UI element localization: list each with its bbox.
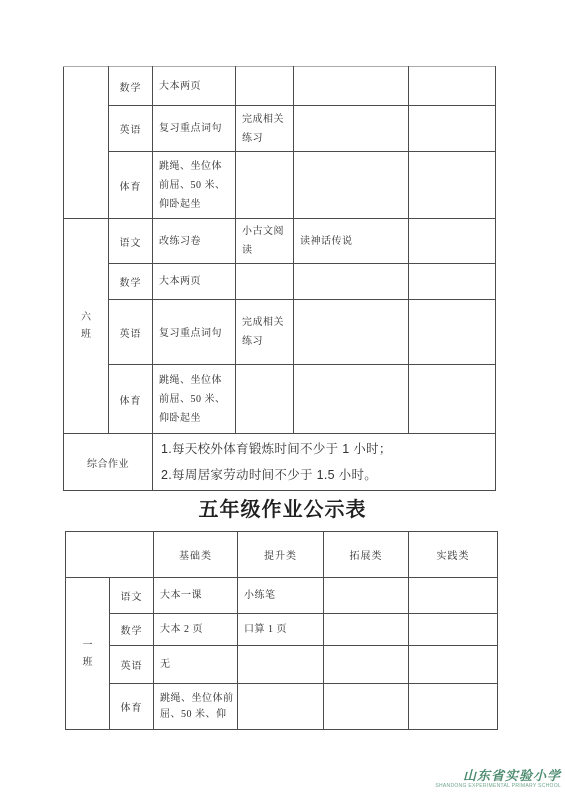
table-row: 六班 语文 改练习卷 小古文阅读 读神话传说 <box>64 219 496 264</box>
improve-cell: 口算 1 页 <box>238 614 324 646</box>
table-row: 体育 跳绳、坐位体前屈、50 米、仰卧起坐 <box>64 152 496 219</box>
class-label: 六班 <box>81 309 91 343</box>
page-title: 五年级作业公示表 <box>0 493 565 522</box>
practice-cell <box>409 264 496 300</box>
document-page: 数学 大本两页 英语 复习重点词句 完成相关练习 体育 跳绳、坐位体前屈、50 … <box>0 0 565 800</box>
expand-cell: 读神话传说 <box>294 219 409 264</box>
subject-cell: 体育 <box>109 152 153 219</box>
basic-cell: 改练习卷 <box>153 219 236 264</box>
basic-cell: 跳绳、坐位体前屈、50 米、仰卧起坐 <box>153 152 236 219</box>
improve-cell <box>236 264 294 300</box>
table-row: 数学 大本 2 页 口算 1 页 <box>66 614 498 646</box>
basic-cell: 大本两页 <box>153 264 236 300</box>
column-header-basic: 基础类 <box>154 532 238 578</box>
table-row: 数学 大本两页 <box>64 67 496 106</box>
school-name-cn: 山东省实验小学 <box>435 768 561 783</box>
subject-cell: 体育 <box>109 365 153 434</box>
practice-cell <box>409 365 496 434</box>
subject-cell: 语文 <box>109 219 153 264</box>
practice-cell <box>409 152 496 219</box>
grade5-homework-table: 基础类 提升类 拓展类 实践类 一班 语文 大本一课 小练笔 数学 大本 2 页… <box>65 531 498 730</box>
practice-cell <box>409 219 496 264</box>
summary-label-cell: 综合作业 <box>64 434 153 491</box>
improve-cell: 小练笔 <box>238 578 324 614</box>
column-header-expand: 拓展类 <box>324 532 409 578</box>
improve-cell: 完成相关练习 <box>236 106 294 152</box>
table-row: 一班 语文 大本一课 小练笔 <box>66 578 498 614</box>
expand-cell <box>294 67 409 106</box>
practice-cell <box>409 684 498 730</box>
corner-cell <box>66 532 154 578</box>
subject-cell: 英语 <box>109 106 153 152</box>
practice-cell <box>409 300 496 365</box>
table-row: 数学 大本两页 <box>64 264 496 300</box>
expand-cell <box>324 614 409 646</box>
table-row: 英语 复习重点词句 完成相关练习 <box>64 106 496 152</box>
table-row: 英语 无 <box>66 646 498 684</box>
expand-cell <box>294 152 409 219</box>
school-logo: 山东省实验小学 SHANDONG EXPERIMENTAL PRIMARY SC… <box>435 768 561 790</box>
subject-cell: 数学 <box>109 264 153 300</box>
subject-cell: 数学 <box>110 614 154 646</box>
class-label: 一班 <box>83 637 93 671</box>
improve-cell <box>238 684 324 730</box>
summary-row: 综合作业 1.每天校外体育锻炼时间不少于 1 小时； 2.每周居家劳动时间不少于… <box>64 434 496 491</box>
practice-cell <box>409 67 496 106</box>
header-row: 基础类 提升类 拓展类 实践类 <box>66 532 498 578</box>
improve-cell <box>236 365 294 434</box>
improve-cell: 完成相关练习 <box>236 300 294 365</box>
expand-cell <box>294 106 409 152</box>
class-label-cell: 六班 <box>64 219 109 434</box>
class-label-cell: 一班 <box>66 578 110 730</box>
school-name-en: SHANDONG EXPERIMENTAL PRIMARY SCHOOL <box>435 783 561 790</box>
basic-cell: 跳绳、坐位体前屈、50 米、仰卧起坐 <box>153 365 236 434</box>
basic-cell: 复习重点词句 <box>153 106 236 152</box>
table-row: 体育 跳绳、坐位体前屈、50 米、仰卧起坐 <box>64 365 496 434</box>
expand-cell <box>294 300 409 365</box>
expand-cell <box>324 578 409 614</box>
practice-cell <box>409 614 498 646</box>
basic-cell: 复习重点词句 <box>153 300 236 365</box>
class-label-cell <box>64 67 109 219</box>
table-row: 英语 复习重点词句 完成相关练习 <box>64 300 496 365</box>
subject-cell: 英语 <box>109 300 153 365</box>
practice-cell <box>409 578 498 614</box>
table-row: 体育 跳绳、坐位体前屈、50 米、仰 <box>66 684 498 730</box>
basic-cell: 跳绳、坐位体前屈、50 米、仰 <box>154 684 238 730</box>
expand-cell <box>294 365 409 434</box>
subject-cell: 英语 <box>110 646 154 684</box>
subject-cell: 数学 <box>109 67 153 106</box>
subject-cell: 语文 <box>110 578 154 614</box>
improve-cell <box>236 152 294 219</box>
summary-line-2: 2.每周居家劳动时间不少于 1.5 小时。 <box>161 462 491 488</box>
summary-line-1: 1.每天校外体育锻炼时间不少于 1 小时； <box>161 436 491 462</box>
practice-cell <box>409 106 496 152</box>
basic-cell: 无 <box>154 646 238 684</box>
basic-cell: 大本两页 <box>153 67 236 106</box>
basic-cell: 大本一课 <box>154 578 238 614</box>
basic-cell: 大本 2 页 <box>154 614 238 646</box>
improve-cell <box>236 67 294 106</box>
summary-content-cell: 1.每天校外体育锻炼时间不少于 1 小时； 2.每周居家劳动时间不少于 1.5 … <box>153 434 496 491</box>
expand-cell <box>324 646 409 684</box>
expand-cell <box>294 264 409 300</box>
column-header-practice: 实践类 <box>409 532 498 578</box>
improve-cell <box>238 646 324 684</box>
practice-cell <box>409 646 498 684</box>
expand-cell <box>324 684 409 730</box>
improve-cell: 小古文阅读 <box>236 219 294 264</box>
grade6-homework-table: 数学 大本两页 英语 复习重点词句 完成相关练习 体育 跳绳、坐位体前屈、50 … <box>63 66 496 491</box>
subject-cell: 体育 <box>110 684 154 730</box>
column-header-improve: 提升类 <box>238 532 324 578</box>
